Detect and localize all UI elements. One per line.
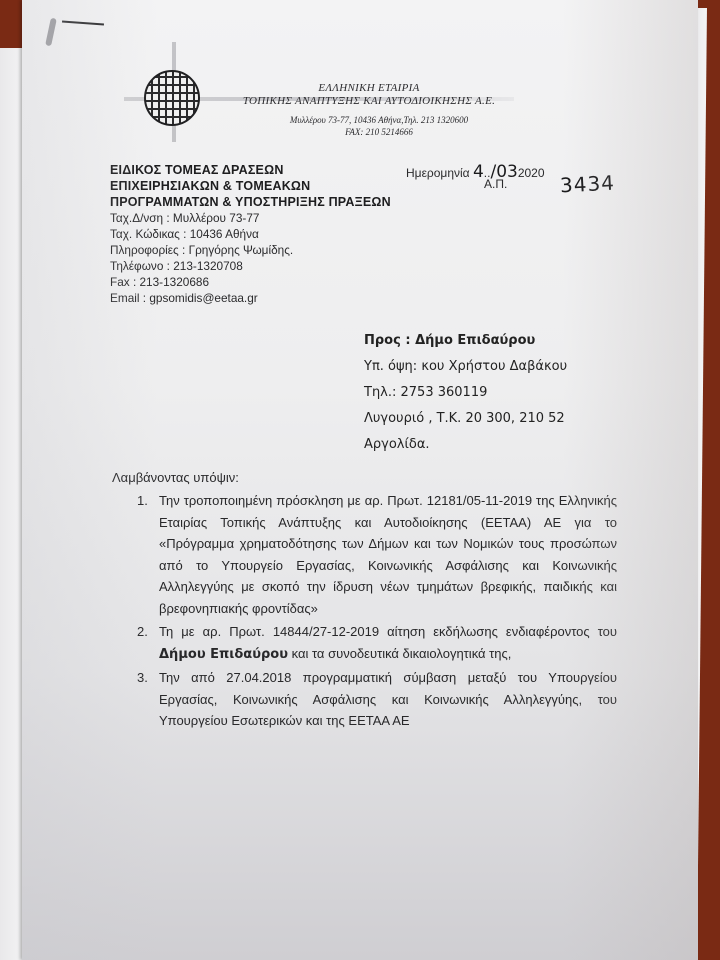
org-address: Μυλλέρου 73-77, 10436 Αθήνα,Τηλ. 213 132… bbox=[244, 114, 514, 138]
pen-mark bbox=[62, 21, 104, 26]
item-text: και τα συνοδευτικά δικαιολογητικά της, bbox=[288, 646, 511, 661]
item-text: Την τροποποιημένη πρόσκληση με αρ. Πρωτ.… bbox=[159, 493, 617, 616]
letterhead: ΕΛΛΗΝΙΚΗ ΕΤΑΙΡΙΑ ΤΟΠΙΚΗΣ ΑΝΑΠΤΥΞΗΣ ΚΑΙ Α… bbox=[124, 42, 514, 152]
recipient-block: Προς : Δήμο Επιδαύρου Υπ. όψη: κου Χρήστ… bbox=[364, 328, 567, 458]
item-text: Την από 27.04.2018 προγραμματική σύμβαση… bbox=[159, 670, 617, 728]
date-year: 2020 bbox=[518, 166, 545, 180]
sender-email: Email : gpsomidis@eetaa.gr bbox=[110, 290, 391, 306]
org-fax: FAX: 210 5214666 bbox=[244, 126, 514, 138]
recipient-address: Λυγουριό , Τ.Κ. 20 300, 210 52 bbox=[364, 406, 567, 432]
recipient-to: Προς : Δήμο Επιδαύρου bbox=[364, 328, 567, 354]
staple-mark bbox=[45, 18, 57, 47]
org-address-line: Μυλλέρου 73-77, 10436 Αθήνα,Τηλ. 213 132… bbox=[244, 114, 514, 126]
dept-line1: ΕΙΔΙΚΟΣ ΤΟΜΕΑΣ ΔΡΑΣΕΩΝ bbox=[110, 162, 391, 178]
item-number: 2. bbox=[137, 621, 148, 643]
dept-line2: ΕΠΙΧΕΙΡΗΣΙΑΚΩΝ & ΤΟΜΕΑΚΩΝ bbox=[110, 178, 391, 194]
dept-line3: ΠΡΟΓΡΑΜΜΑΤΩΝ & ΥΠΟΣΤΗΡΙΞΗΣ ΠΡΑΞΕΩΝ bbox=[110, 194, 391, 210]
sender-postal: Ταχ. Κώδικας : 10436 Αθήνα bbox=[110, 226, 391, 242]
considerations-list: 1. Την τροποποιημένη πρόσκληση με αρ. Πρ… bbox=[137, 490, 617, 734]
sender-phone: Τηλέφωνο : 213-1320708 bbox=[110, 258, 391, 274]
sender-address: Ταχ.Δ/νση : Μυλλέρου 73-77 bbox=[110, 210, 391, 226]
item-text: Τη με αρ. Πρωτ. 14844/27-12-2019 αίτηση … bbox=[159, 624, 617, 639]
globe-logo-icon bbox=[144, 70, 200, 126]
sender-contact-person: Πληροφορίες : Γρηγόρης Ψωμίδης. bbox=[110, 242, 391, 258]
date-field: Ημερομηνία 4../032020 bbox=[406, 162, 545, 182]
item-number: 1. bbox=[137, 490, 148, 512]
list-item: 3. Την από 27.04.2018 προγραμματική σύμβ… bbox=[137, 667, 617, 732]
item-number: 3. bbox=[137, 667, 148, 689]
recipient-phone: Τηλ.: 2753 360119 bbox=[364, 380, 567, 406]
protocol-label: Α.Π. bbox=[484, 177, 507, 191]
protocol-number: 3434 bbox=[559, 171, 615, 198]
item-bold-text: Δήμου Επιδαύρου bbox=[159, 647, 288, 662]
sender-block: ΕΙΔΙΚΟΣ ΤΟΜΕΑΣ ΔΡΑΣΕΩΝ ΕΠΙΧΕΙΡΗΣΙΑΚΩΝ & … bbox=[110, 162, 391, 306]
list-item: 2. Τη με αρ. Πρωτ. 14844/27-12-2019 αίτη… bbox=[137, 621, 617, 665]
recipient-region: Αργολίδα. bbox=[364, 432, 567, 458]
recipient-attention: Υπ. όψη: κου Χρήστου Δαβάκου bbox=[364, 354, 567, 380]
org-name: ΕΛΛΗΝΙΚΗ ΕΤΑΙΡΙΑ ΤΟΠΙΚΗΣ ΑΝΑΠΤΥΞΗΣ ΚΑΙ Α… bbox=[219, 82, 519, 108]
sender-fax: Fax : 213-1320686 bbox=[110, 274, 391, 290]
org-name-line2: ΤΟΠΙΚΗΣ ΑΝΑΠΤΥΞΗΣ ΚΑΙ ΑΥΤΟΔΙΟΙΚΗΣΗΣ Α.Ε. bbox=[219, 95, 519, 108]
list-item: 1. Την τροποποιημένη πρόσκληση με αρ. Πρ… bbox=[137, 490, 617, 619]
date-label: Ημερομηνία bbox=[406, 166, 470, 180]
document-page: ΕΛΛΗΝΙΚΗ ΕΤΑΙΡΙΑ ΤΟΠΙΚΗΣ ΑΝΑΠΤΥΞΗΣ ΚΑΙ Α… bbox=[22, 0, 698, 960]
date-day: 4 bbox=[473, 162, 484, 182]
org-name-line1: ΕΛΛΗΝΙΚΗ ΕΤΑΙΡΙΑ bbox=[219, 82, 519, 95]
considering-heading: Λαμβάνοντας υπόψιν: bbox=[112, 470, 239, 485]
